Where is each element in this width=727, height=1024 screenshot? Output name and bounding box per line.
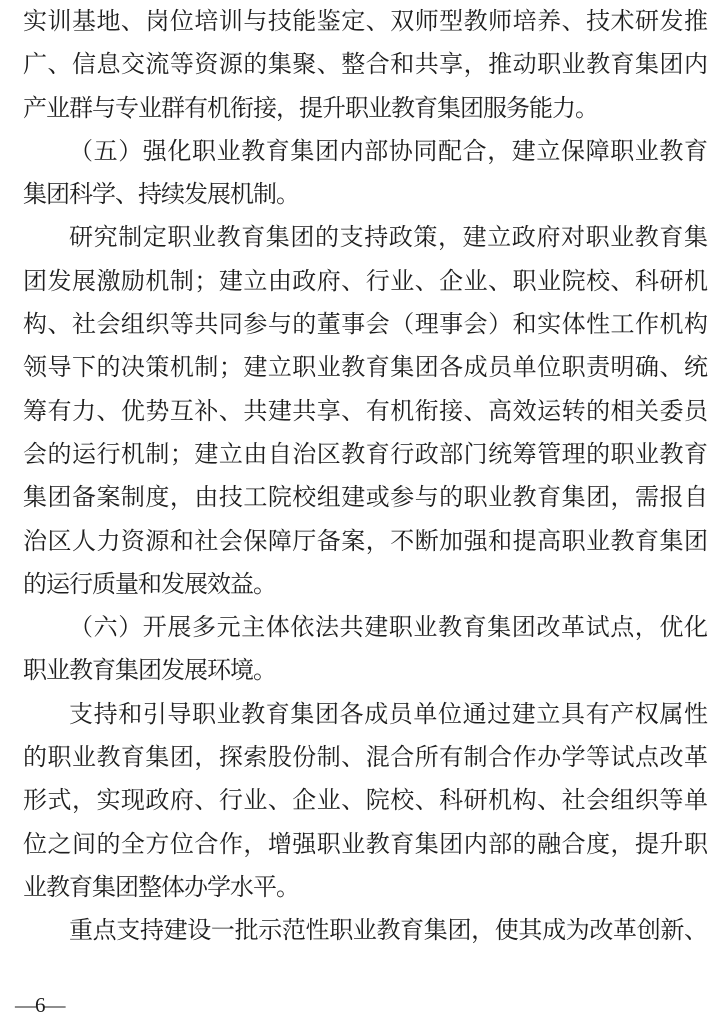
- text-line: 领导下的决策机制；建立职业教育集团各成员单位职责明确、统: [23, 347, 707, 390]
- text-line: 构、社会组织等共同参与的董事会（理事会）和实体性工作机构: [23, 304, 707, 347]
- text-line: 实训基地、岗位培训与技能鉴定、双师型教师培养、技术研发推: [23, 1, 707, 44]
- text-line: 治区人力资源和社会保障厅备案，不断加强和提高职业教育集团: [23, 521, 707, 564]
- text-line: 支持和引导职业教育集团各成员单位通过建立具有产权属性: [23, 694, 707, 737]
- text-line: 集团科学、持续发展机制。: [23, 174, 707, 217]
- text-line: 广、信息交流等资源的集聚、整合和共享，推动职业教育集团内: [23, 44, 707, 87]
- page-number: —6—: [15, 992, 65, 1018]
- document-page: 实训基地、岗位培训与技能鉴定、双师型教师培养、技术研发推广、信息交流等资源的集聚…: [0, 0, 727, 1024]
- text-line: 的运行质量和发展效益。: [23, 564, 707, 607]
- text-line: 形式，实现政府、行业、企业、院校、科研机构、社会组织等单: [23, 780, 707, 823]
- text-line: 集团备案制度，由技工院校组建或参与的职业教育集团，需报自: [23, 477, 707, 520]
- text-line: 重点支持建设一批示范性职业教育集团，使其成为改革创新、: [23, 910, 707, 953]
- text-line: 产业群与专业群有机衔接，提升职业教育集团服务能力。: [23, 88, 707, 131]
- text-line: 业教育集团整体办学水平。: [23, 867, 707, 910]
- text-line: 团发展激励机制；建立由政府、行业、企业、职业院校、科研机: [23, 261, 707, 304]
- document-body: 实训基地、岗位培训与技能鉴定、双师型教师培养、技术研发推广、信息交流等资源的集聚…: [23, 1, 707, 954]
- text-line: （五）强化职业教育集团内部协同配合，建立保障职业教育: [23, 131, 707, 174]
- text-line: （六）开展多元主体依法共建职业教育集团改革试点，优化: [23, 607, 707, 650]
- text-line: 位之间的全方位合作，增强职业教育集团内部的融合度，提升职: [23, 824, 707, 867]
- text-line: 会的运行机制；建立由自治区教育行政部门统筹管理的职业教育: [23, 434, 707, 477]
- text-line: 职业教育集团发展环境。: [23, 650, 707, 693]
- text-line: 研究制定职业教育集团的支持政策，建立政府对职业教育集: [23, 217, 707, 260]
- text-line: 的职业教育集团，探索股份制、混合所有制合作办学等试点改革: [23, 737, 707, 780]
- text-line: 筹有力、优势互补、共建共享、有机衔接、高效运转的相关委员: [23, 391, 707, 434]
